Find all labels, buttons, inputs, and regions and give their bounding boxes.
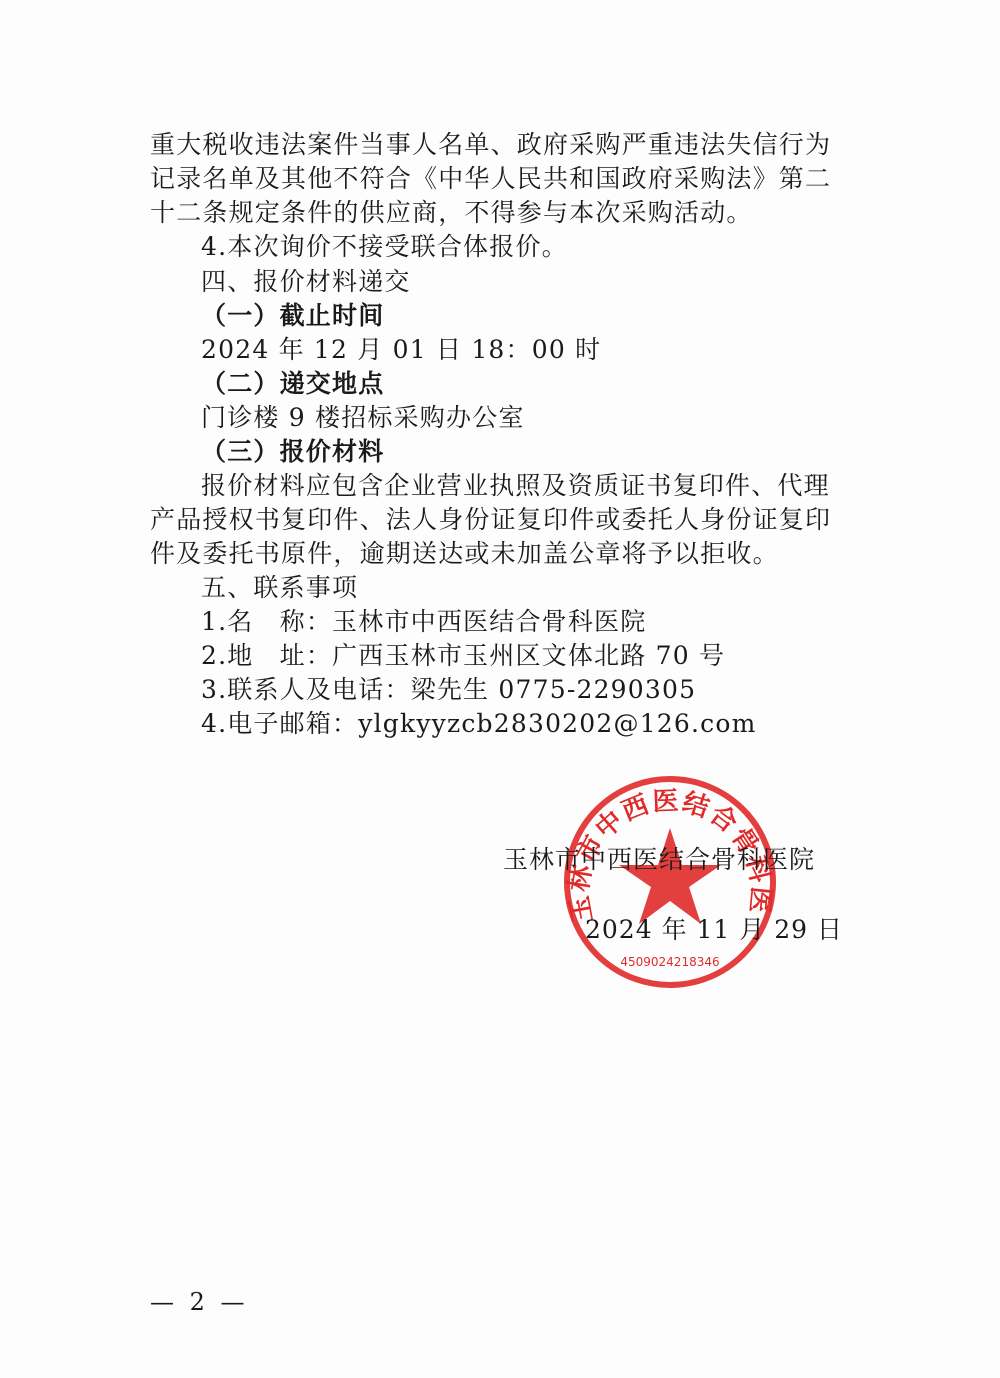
deadline-text: 2024 年 12 月 01 日 18：00 时	[201, 333, 601, 367]
contact-name: 1.名 称：玉林市中西医结合骨科医院	[201, 605, 646, 639]
paragraph-line: 记录名单及其他不符合《中华人民共和国政府采购法》第二	[150, 162, 831, 196]
section-5-heading: 五、联系事项	[201, 571, 358, 605]
subheading-deadline: （一）截止时间	[201, 299, 384, 333]
materials-line: 件及委托书原件，逾期送达或未加盖公章将予以拒收。	[150, 537, 779, 571]
page-number: — 2 —	[150, 1288, 249, 1316]
contact-address: 2.地 址：广西玉林市玉州区文体北路 70 号	[201, 639, 725, 673]
document-page: 重大税收违法案件当事人名单、政府采购严重违法失信行为 记录名单及其他不符合《中华…	[0, 0, 1000, 1378]
signature-date: 2024 年 11 月 29 日	[585, 910, 843, 946]
subheading-location: （二）递交地点	[201, 367, 384, 401]
item-4: 4.本次询价不接受联合体报价。	[201, 230, 568, 264]
paragraph-line: 十二条规定条件的供应商，不得参与本次采购活动。	[150, 196, 753, 230]
contact-phone: 3.联系人及电话：梁先生 0775-2290305	[201, 673, 696, 707]
materials-line: 报价材料应包含企业营业执照及资质证书复印件、代理	[201, 469, 830, 503]
section-4-heading: 四、报价材料递交	[201, 265, 411, 299]
seal-code: 4509024218346	[620, 955, 719, 969]
subheading-materials: （三）报价材料	[201, 435, 384, 469]
materials-line: 产品授权书复印件、法人身份证复印件或委托人身份证复印	[150, 503, 831, 537]
contact-email: 4.电子邮箱：ylgkyyzcb2830202@126.com	[201, 707, 757, 741]
official-seal-icon: 玉林市中西医结合骨科医院 4509024218346	[555, 770, 785, 995]
signature-organization: 玉林市中西医结合骨科医院	[503, 840, 815, 876]
paragraph-line: 重大税收违法案件当事人名单、政府采购严重违法失信行为	[150, 128, 831, 162]
location-text: 门诊楼 9 楼招标采购办公室	[201, 401, 525, 435]
